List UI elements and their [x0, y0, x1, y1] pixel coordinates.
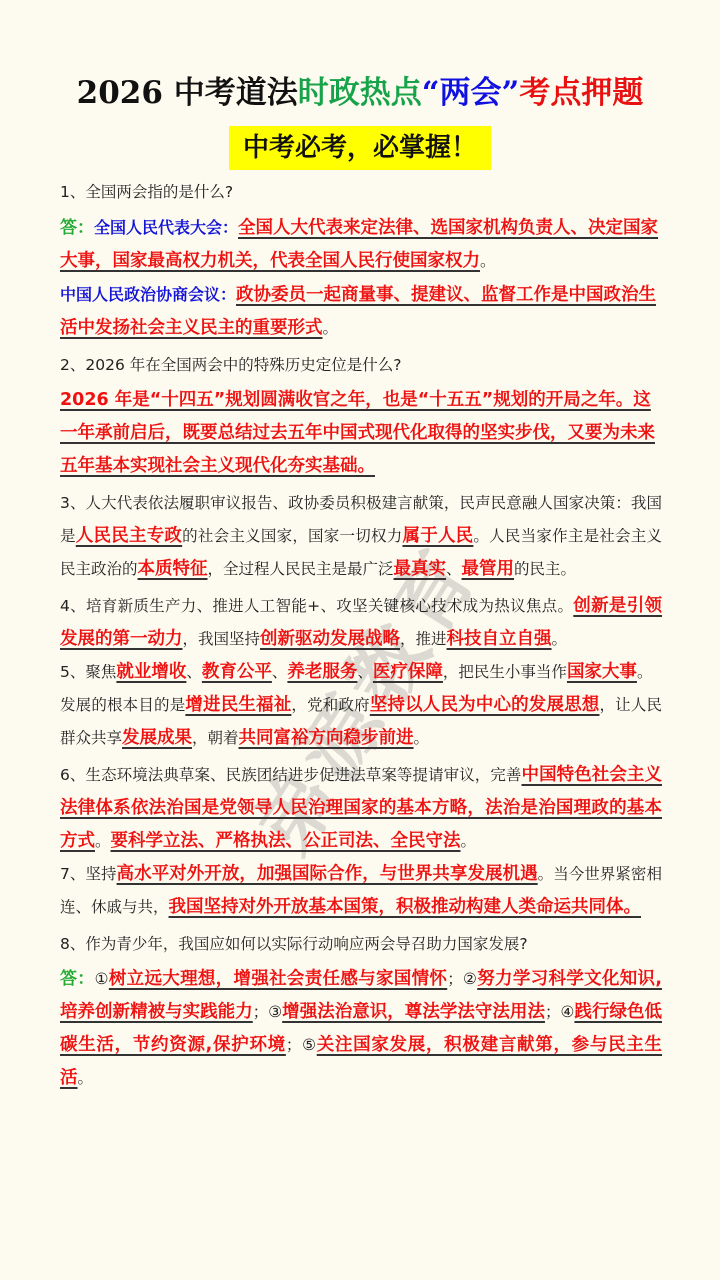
keyword: 医疗保障	[373, 662, 443, 682]
item-4-intro: 4、培育新质生产力、推进人工智能+、攻坚关键核心技术成为热议焦点。	[60, 597, 573, 615]
must-know-banner: 中考必考，必掌握！	[229, 126, 491, 170]
answer-2: 2026 年是“十四五”规划圆满收官之年，也是“十五五”规划的开局之年。这一年承…	[60, 384, 662, 483]
text: 。	[78, 1069, 94, 1087]
title-part-predictions: 考点押题	[519, 75, 643, 111]
text: 。	[552, 630, 568, 648]
text: 、	[446, 560, 462, 578]
item-7-intro: 7、坚持	[60, 865, 117, 883]
keyword: 人民民主专政	[76, 526, 182, 546]
text: ，推进	[400, 630, 447, 648]
keyword: 树立远大理想，增强社会责任感与家国情怀	[109, 969, 447, 989]
keyword: 创新驱动发展战略	[260, 629, 400, 649]
cppcc-label: 中国人民政治协商会议：	[60, 285, 236, 304]
item-7: 7、坚持高水平对外开放，加强国际合作，与世界共享发展机遇。当今世界紧密相连、休戚…	[60, 858, 662, 924]
keyword: 发展成果	[122, 728, 192, 748]
text: 。	[414, 729, 430, 747]
item-5: 5、聚焦就业增收、教育公平、养老服务、医疗保障，把民生小事当作国家大事。	[60, 656, 662, 689]
page-title: 2026 中考道法时政热点“两会”考点押题	[0, 70, 720, 116]
text: 。	[461, 832, 477, 850]
keyword: 我国坚持对外开放基本国策，积极推动构建人类命运共同体。	[169, 897, 642, 917]
number: ④	[560, 1003, 574, 1021]
answer-1-npc: 答：全国人民代表大会：全国人大代表来定法律、选国家机构负责人、决定国家大事，国家…	[60, 211, 662, 278]
text: 发展的根本目的是	[60, 696, 185, 714]
text: 的社会主义国家，国家一切权力	[182, 527, 402, 545]
text: 、	[186, 663, 202, 681]
text: ；	[253, 1003, 269, 1021]
text: 。	[95, 832, 111, 850]
text: ；	[447, 970, 463, 988]
item-3: 3、人大代表依法履职审议报告、政协委员积极建言献策，民声民意融人国家决策：我国是…	[60, 487, 662, 586]
keyword: 科技自立自强	[447, 629, 552, 649]
text: 的民主。	[514, 560, 576, 578]
keyword: 共同富裕方向稳步前进	[239, 728, 414, 748]
document-page: 2026 中考道法时政热点“两会”考点押题 中考必考，必掌握！ 弟源教育 1、全…	[0, 0, 720, 1280]
keyword: 增强法治意识，尊法学法守法用法	[282, 1002, 545, 1022]
keyword: 养老服务	[287, 662, 357, 682]
banner-container: 中考必考，必掌握！	[0, 126, 720, 170]
keyword: 最管用	[462, 559, 515, 579]
keyword: 属于人民	[402, 526, 473, 546]
text: 、	[272, 663, 288, 681]
text: ，党和政府	[291, 696, 369, 714]
number: ②	[463, 970, 478, 988]
text: ；	[545, 1003, 561, 1021]
punctuation: 。	[480, 252, 496, 270]
keyword: 坚持以人民为中心的发展思想	[370, 695, 600, 715]
answer-1-cppcc: 中国人民政治协商会议：政协委员一起商量事、提建议、监督工作是中国政治生活中发扬社…	[60, 278, 662, 345]
answer-2-text: 2026 年是“十四五”规划圆满收官之年，也是“十五五”规划的开局之年。这一年承…	[60, 390, 655, 476]
item-6-intro: 6、生态环境法典草案、民族团结进步促进法草案等提请审议，完善	[60, 766, 522, 784]
item-6: 6、生态环境法典草案、民族团结进步促进法草案等提请审议，完善中国特色社会主义法律…	[60, 759, 662, 858]
question-1: 1、全国两会指的是什么?	[60, 176, 662, 209]
item-5-paragraph-2: 发展的根本目的是增进民生福祉，党和政府坚持以人民为中心的发展思想，让人民群众共享…	[60, 689, 662, 755]
text: 、	[357, 663, 373, 681]
item-5-intro: 5、聚焦	[60, 663, 116, 681]
content-body: 1、全国两会指的是什么? 答：全国人民代表大会：全国人大代表来定法律、选国家机构…	[60, 176, 662, 1095]
question-8: 8、作为青少年，我国应如何以实际行动响应两会导召助力国家发展?	[60, 928, 662, 961]
item-4: 4、培育新质生产力、推进人工智能+、攻坚关键核心技术成为热议焦点。创新是引领发展…	[60, 590, 662, 656]
title-part-year-subject: 2026 中考道法	[77, 75, 298, 111]
number: ①	[95, 970, 109, 988]
npc-label: 全国人民代表大会：	[94, 218, 238, 237]
text: 。	[637, 663, 653, 681]
keyword: 高水平对外开放，加强国际合作，与世界共享发展机遇	[117, 864, 538, 884]
text: ，我国坚持	[183, 630, 261, 648]
keyword: 增进民生福祉	[185, 695, 291, 715]
answer-8: 答：①树立远大理想，增强社会责任感与家国情怀；②努力学习科学文化知识,培养创新精…	[60, 963, 662, 1095]
answer-label: 答：	[60, 969, 95, 989]
text: ，全过程人民民主是最广泛	[208, 560, 394, 578]
answer-label: 答：	[60, 218, 94, 238]
title-part-hot-topics: 时政热点	[298, 75, 422, 111]
text: ，朝着	[192, 729, 239, 747]
keyword: 教育公平	[202, 662, 272, 682]
number: ⑤	[301, 1036, 316, 1054]
text: ；	[286, 1036, 302, 1054]
keyword: 要科学立法、严格执法、公正司法、全民守法	[111, 831, 461, 851]
question-2: 2、2026 年在全国两会中的特殊历史定位是什么?	[60, 349, 662, 382]
keyword: 就业增收	[116, 662, 186, 682]
number: ③	[268, 1003, 282, 1021]
keyword: 最真实	[394, 559, 447, 579]
punctuation: 。	[323, 319, 339, 337]
keyword: 本质特征	[138, 559, 208, 579]
keyword: 国家大事	[567, 662, 637, 682]
text: ，把民生小事当作	[443, 663, 567, 681]
title-part-two-sessions: “两会”	[422, 75, 520, 111]
